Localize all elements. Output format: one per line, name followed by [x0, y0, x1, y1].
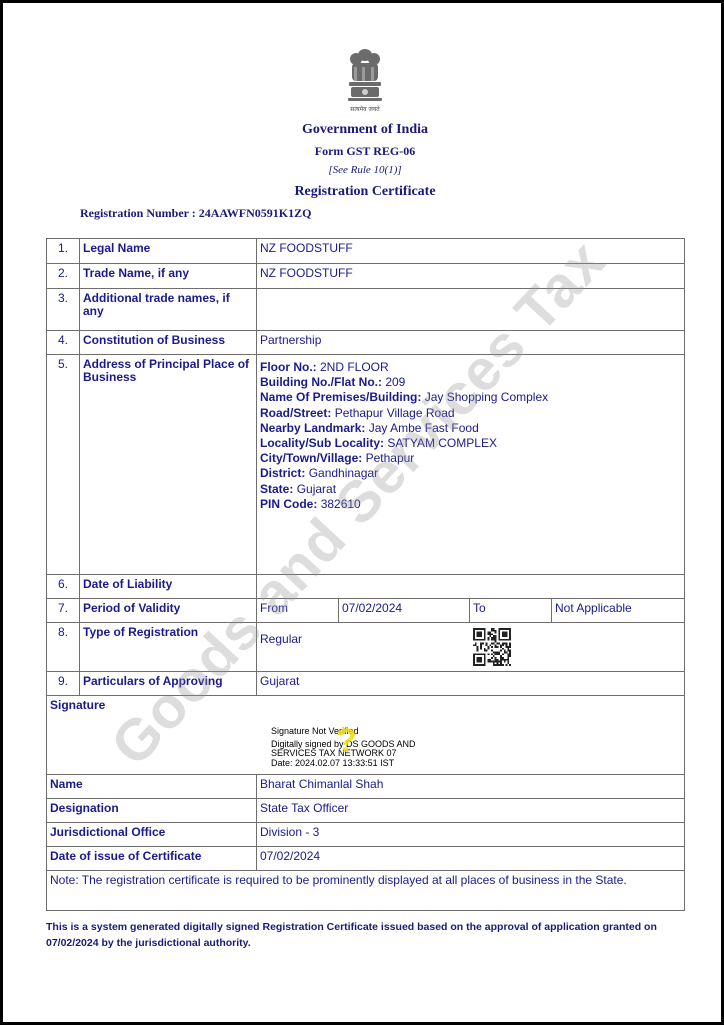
address-line: Floor No.: 2ND FLOOR [260, 360, 681, 375]
row-number: 1. [47, 239, 80, 264]
additional-trade-names-value [257, 289, 685, 331]
field-label: Address of Principal Place of Business [80, 355, 257, 575]
row-number: 5. [47, 355, 80, 575]
field-label: Period of Validity [80, 599, 257, 623]
validity-to-value: Not Applicable [552, 599, 685, 623]
row-number: 4. [47, 331, 80, 355]
table-row: 9. Particulars of Approving Gujarat [47, 672, 685, 696]
address-line: Locality/Sub Locality: SATYAM COMPLEX [260, 436, 681, 451]
row-number: 3. [47, 289, 80, 331]
field-label: Date of Liability [80, 575, 257, 599]
qr-code-icon [473, 628, 511, 666]
table-row: Name Bharat Chimanlal Shah [47, 775, 685, 799]
issue-date-label: Date of issue of Certificate [47, 847, 257, 871]
table-row: 7. Period of Validity From 07/02/2024 To… [47, 599, 685, 623]
table-row: 5. Address of Principal Place of Busines… [47, 355, 685, 575]
table-row: Jurisdictional Office Division - 3 [47, 823, 685, 847]
validity-from-value: 07/02/2024 [339, 599, 470, 623]
address-line: Road/Street: Pethapur Village Road [260, 406, 681, 421]
row-number: 8. [47, 623, 80, 672]
rule-reference: [See Rule 10(1)] [3, 164, 724, 176]
table-row: 3. Additional trade names, if any [47, 289, 685, 331]
trade-name-value: NZ FOODSTUFF [257, 264, 685, 289]
jurisdictional-office-value: Division - 3 [257, 823, 685, 847]
designation-value: State Tax Officer [257, 799, 685, 823]
constitution-value: Partnership [257, 331, 685, 355]
officer-name-value: Bharat Chimanlal Shah [257, 775, 685, 799]
approving-particulars-value: Gujarat [257, 672, 685, 696]
registration-number-value: 24AAWFN0591K1ZQ [199, 206, 312, 220]
signature-label: Signature [50, 698, 105, 712]
validity-to-label: To [470, 599, 552, 623]
certificate-page: सत्यमेव जयते Government of India Form GS… [0, 0, 724, 1025]
display-note: Note: The registration certificate is re… [47, 871, 685, 911]
table-row: 2. Trade Name, if any NZ FOODSTUFF [47, 264, 685, 289]
address-line: Nearby Landmark: Jay Ambe Fast Food [260, 421, 681, 436]
registration-number: Registration Number : 24AAWFN0591K1ZQ [80, 206, 311, 221]
field-label: Legal Name [80, 239, 257, 264]
address-line: PIN Code: 382610 [260, 497, 681, 512]
national-emblem-icon: सत्यमेव जयते [340, 45, 390, 115]
address-line: Building No./Flat No.: 209 [260, 375, 681, 390]
certificate-title: Registration Certificate [3, 184, 724, 200]
row-number: 2. [47, 264, 80, 289]
question-mark-icon: ? [336, 724, 357, 758]
government-heading: Government of India [3, 122, 724, 138]
address-line: City/Town/Village: Pethapur [260, 451, 681, 466]
officer-name-label: Name [47, 775, 257, 799]
field-label: Trade Name, if any [80, 264, 257, 289]
system-generated-footer: This is a system generated digitally sig… [46, 919, 686, 951]
address-value: Floor No.: 2ND FLOOR Building No./Flat N… [257, 355, 685, 575]
table-row: Designation State Tax Officer [47, 799, 685, 823]
certificate-table: 1. Legal Name NZ FOODSTUFF 2. Trade Name… [46, 238, 685, 911]
address-line: Name Of Premises/Building: Jay Shopping … [260, 390, 681, 405]
jurisdictional-office-label: Jurisdictional Office [47, 823, 257, 847]
signature-cell: Signature Signature Not Verified Digital… [47, 696, 685, 775]
field-label: Additional trade names, if any [80, 289, 257, 331]
address-line: District: Gandhinagar [260, 466, 681, 481]
field-label: Type of Registration [80, 623, 257, 672]
row-number: 6. [47, 575, 80, 599]
table-row: 6. Date of Liability [47, 575, 685, 599]
table-row: Date of issue of Certificate 07/02/2024 [47, 847, 685, 871]
table-row: 1. Legal Name NZ FOODSTUFF [47, 239, 685, 264]
row-number: 9. [47, 672, 80, 696]
date-of-liability-value [257, 575, 685, 599]
registration-number-label: Registration Number : [80, 206, 196, 220]
row-number: 7. [47, 599, 80, 623]
designation-label: Designation [47, 799, 257, 823]
form-name: Form GST REG-06 [3, 144, 724, 159]
issue-date-value: 07/02/2024 [257, 847, 685, 871]
table-row: 8. Type of Registration Regular [47, 623, 685, 672]
validity-from-label: From [257, 599, 339, 623]
signature-row: Signature Signature Not Verified Digital… [47, 696, 685, 775]
field-label: Particulars of Approving [80, 672, 257, 696]
table-row: 4. Constitution of Business Partnership [47, 331, 685, 355]
address-line: State: Gujarat [260, 482, 681, 497]
registration-type-value: Regular [257, 623, 685, 672]
note-row: Note: The registration certificate is re… [47, 871, 685, 911]
registration-type-text: Regular [260, 633, 302, 646]
field-label: Constitution of Business [80, 331, 257, 355]
svg-text:सत्यमेव जयते: सत्यमेव जयते [350, 105, 380, 113]
legal-name-value: NZ FOODSTUFF [257, 239, 685, 264]
